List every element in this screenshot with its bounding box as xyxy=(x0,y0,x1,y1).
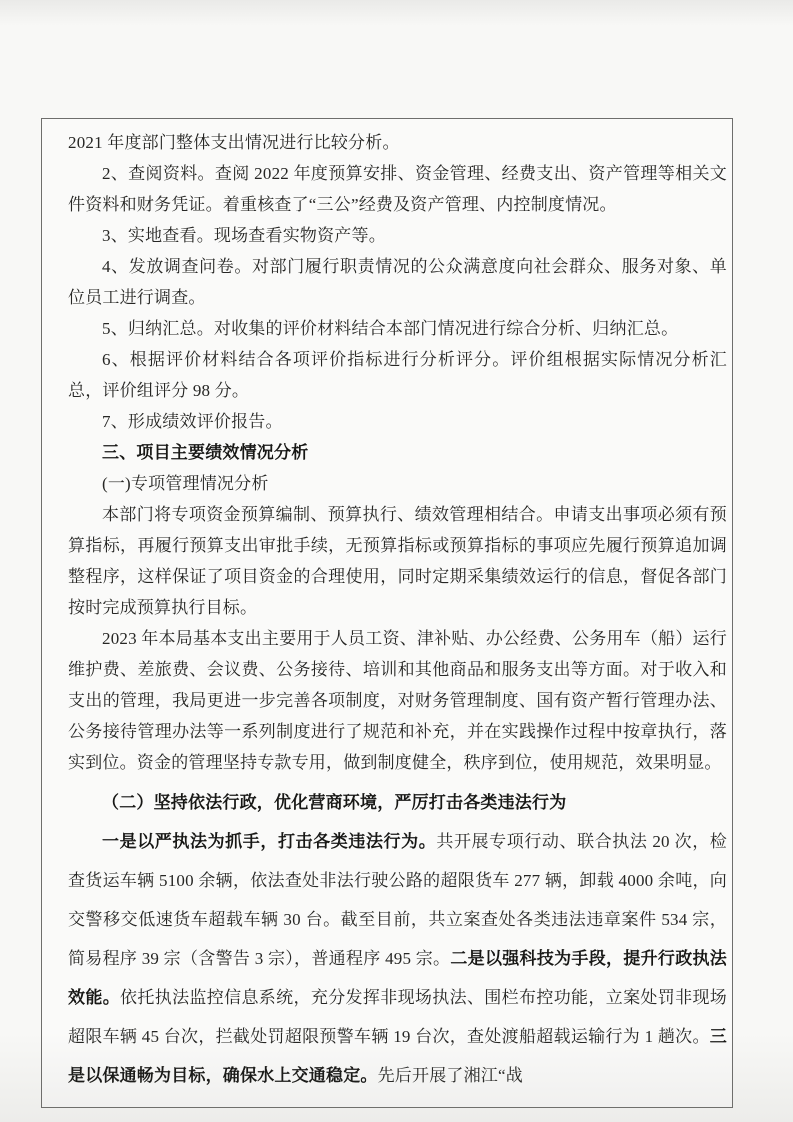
paragraph: 5、归纳汇总。对收集的评价材料结合本部门情况进行综合分析、归纳汇总。 xyxy=(68,313,727,344)
text-run: 依托执法监控信息系统，充分发挥非现场执法、围栏布控功能，立案处罚非现场超限车辆 … xyxy=(68,988,727,1046)
text-run: 4、发放调查问卷。对部门履行职责情况的公众满意度向社会群众、服务对象、单位员工进… xyxy=(68,257,727,307)
text-run: 2、查阅资料。查阅 2022 年度预算安排、资金管理、经费支出、资产管理等相关文… xyxy=(68,164,727,214)
paragraph: (一)专项管理情况分析 xyxy=(68,468,727,499)
bold-lead-in: 一是以严执法为抓手，打击各类违法行为。 xyxy=(102,832,436,851)
bold-lead-in: 三、项目主要绩效情况分析 xyxy=(102,443,308,462)
text-run: 2023 年本局基本支出主要用于人员工资、津补贴、办公经费、公务用车（船）运行维… xyxy=(68,629,727,772)
text-run: (一)专项管理情况分析 xyxy=(102,474,269,493)
text-run: 7、形成绩效评价报告。 xyxy=(102,412,283,431)
text-run: 5、归纳汇总。对收集的评价材料结合本部门情况进行综合分析、归纳汇总。 xyxy=(102,319,678,338)
text-run: 6、根据评价材料结合各项评价指标进行分析评分。评价组根据实际情况分析汇总，评价组… xyxy=(68,350,727,400)
text-run: 先后开展了湘江“战 xyxy=(378,1066,523,1085)
paragraph: 7、形成绩效评价报告。 xyxy=(68,406,727,437)
text-run: 3、实地查看。现场查看实物资产等。 xyxy=(102,226,386,245)
section-heading: （二）坚持依法行政，优化营商环境，严厉打击各类违法行为 xyxy=(68,783,727,822)
paragraph: 一是以严执法为抓手，打击各类违法行为。共开展专项行动、联合执法 20 次，检查货… xyxy=(68,822,727,1095)
text-run: 共开展专项行动、联合执法 20 次，检查货运车辆 5100 余辆，依法查处非法行… xyxy=(68,832,727,968)
bold-lead-in: （二）坚持依法行政，优化营商环境，严厉打击各类违法行为 xyxy=(102,793,566,812)
paragraph: 3、实地查看。现场查看实物资产等。 xyxy=(68,220,727,251)
text-run: 本部门将专项资金预算编制、预算执行、绩效管理相结合。申请支出事项必须有预算指标，… xyxy=(68,505,727,617)
document-frame: 2021 年度部门整体支出情况进行比较分析。2、查阅资料。查阅 2022 年度预… xyxy=(41,118,733,1108)
paragraph: 2、查阅资料。查阅 2022 年度预算安排、资金管理、经费支出、资产管理等相关文… xyxy=(68,158,727,220)
paragraph: 本部门将专项资金预算编制、预算执行、绩效管理相结合。申请支出事项必须有预算指标，… xyxy=(68,499,727,623)
paragraph: 6、根据评价材料结合各项评价指标进行分析评分。评价组根据实际情况分析汇总，评价组… xyxy=(68,344,727,406)
paragraph: 4、发放调查问卷。对部门履行职责情况的公众满意度向社会群众、服务对象、单位员工进… xyxy=(68,251,727,313)
section-heading: 三、项目主要绩效情况分析 xyxy=(68,437,727,468)
text-run: 2021 年度部门整体支出情况进行比较分析。 xyxy=(68,133,400,152)
paragraph: 2023 年本局基本支出主要用于人员工资、津补贴、办公经费、公务用车（船）运行维… xyxy=(68,623,727,778)
scan-shade-top xyxy=(0,0,793,26)
scanned-document-page: 2021 年度部门整体支出情况进行比较分析。2、查阅资料。查阅 2022 年度预… xyxy=(0,0,793,1122)
paragraph: 2021 年度部门整体支出情况进行比较分析。 xyxy=(68,127,727,158)
document-body: 2021 年度部门整体支出情况进行比较分析。2、查阅资料。查阅 2022 年度预… xyxy=(68,127,727,1095)
